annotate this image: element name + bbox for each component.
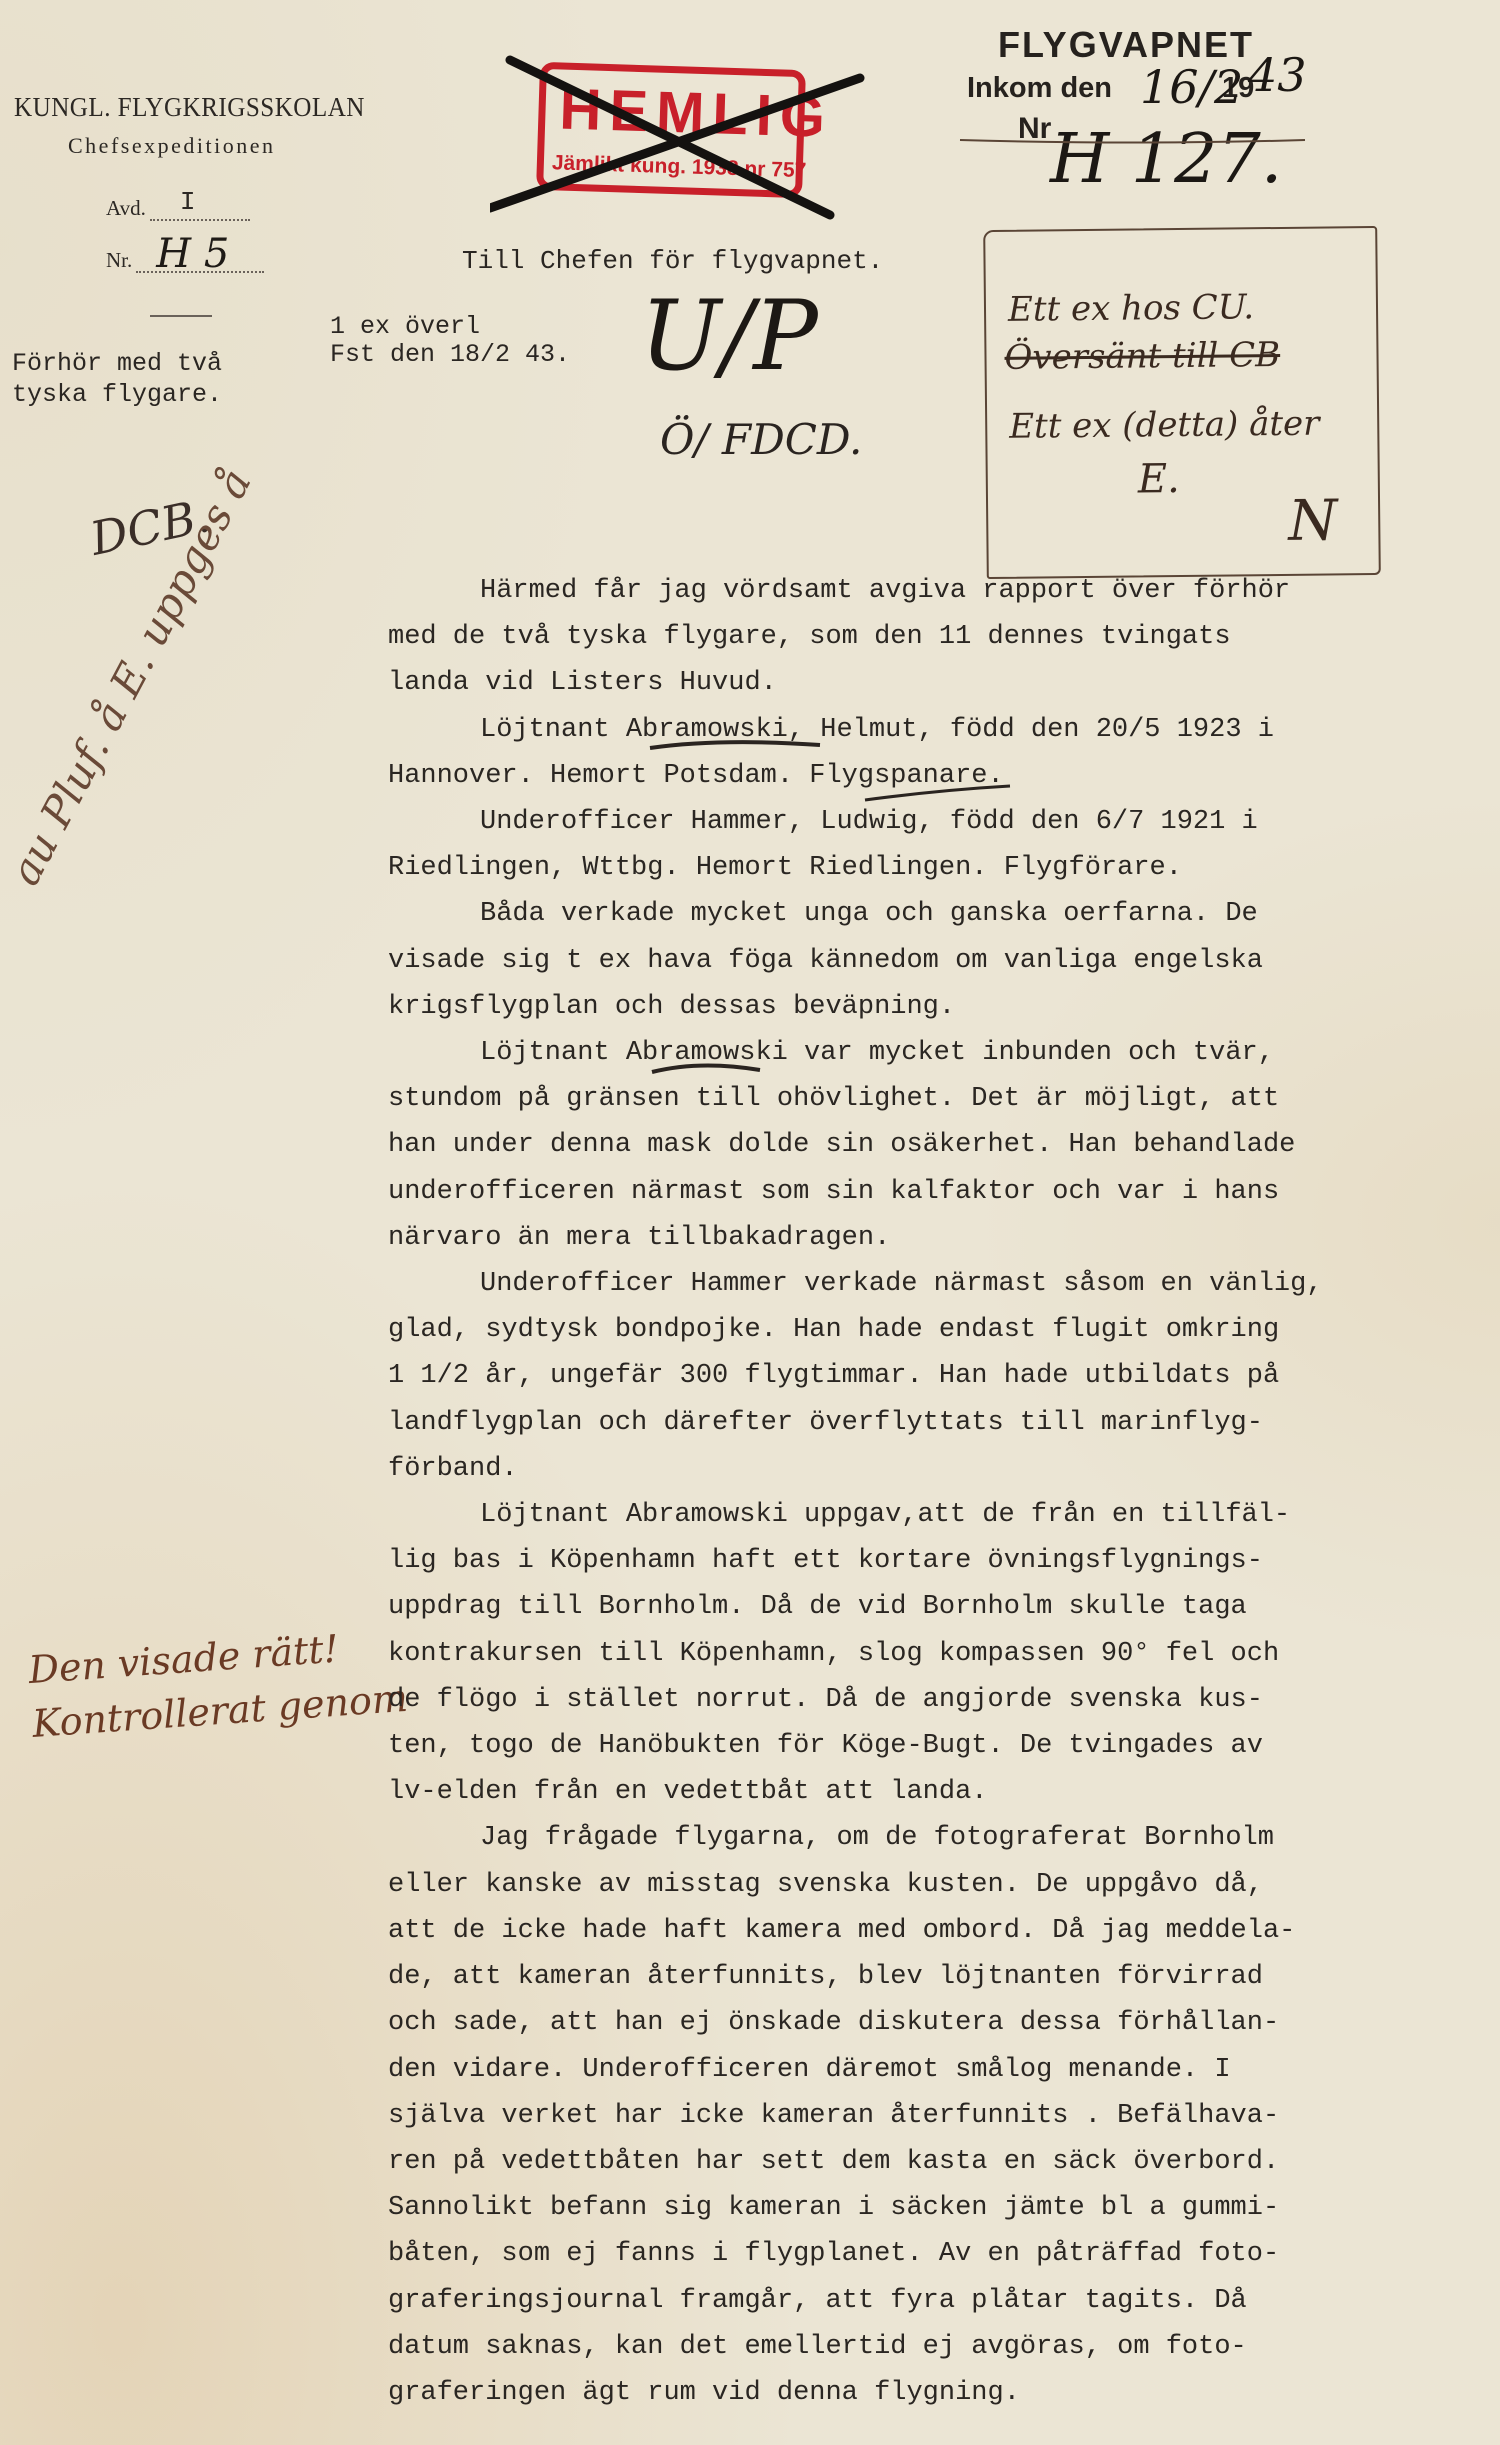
paragraph-2: Löjtnant Abramowski, Helmut, född den 20… [388, 707, 1418, 799]
body-line: datum saknas, kan det emellertid ej avgö… [388, 2324, 1418, 2370]
nr-dotted-line: H 5 [136, 245, 264, 273]
copy-note: 1 ex överl Fst den 18/2 43. [330, 313, 570, 369]
body-line: den vidare. Underofficeren däremot smålo… [388, 2047, 1418, 2093]
body-line: själva verket har icke kameran återfunni… [388, 2093, 1418, 2139]
body-line: lv-elden från en vedettbåt att landa. [388, 1769, 1418, 1815]
body-line: Löjtnant Abramowski var mycket inbunden … [388, 1030, 1418, 1076]
body-line: och sade, att han ej önskade diskutera d… [388, 2000, 1418, 2046]
paragraph-5: Löjtnant Abramowski var mycket inbunden … [388, 1030, 1418, 1261]
body-line: underofficeren närmast som sin kalfaktor… [388, 1169, 1418, 1215]
body-line: förband. [388, 1446, 1418, 1492]
nr-field: Nr. H 5 [106, 245, 264, 273]
note-line-3: Ett ex (detta) åter [1009, 404, 1320, 447]
body-line: att de icke hade haft kamera med ombord.… [388, 1908, 1418, 1954]
paragraph-4: Båda verkade mycket unga och ganska oerf… [388, 891, 1418, 1030]
copy-note-line-1: 1 ex överl [330, 313, 570, 341]
paragraph-1: Härmed får jag vördsamt avgiva rapport ö… [388, 568, 1418, 707]
subject-line-1: Förhör med två [12, 348, 222, 379]
body-line: lig bas i Köpenhamn haft ett kortare övn… [388, 1538, 1418, 1584]
organization-name: KUNGL. FLYGKRIGSSKOLAN [14, 92, 365, 123]
body-line: ren på vedettbåten har sett dem kasta en… [388, 2139, 1418, 2185]
body-line: landflygplan och därefter överflyttats t… [388, 1400, 1418, 1446]
handwritten-up-sub: Ö/ FDCD. [660, 415, 862, 464]
nr-value: H 5 [156, 231, 229, 277]
body-line: stundom på gränsen till ohövlighet. Det … [388, 1076, 1418, 1122]
subject-heading: Förhör med två tyska flygare. [12, 348, 222, 410]
body-line: Löjtnant Abramowski uppgav,att de från e… [388, 1492, 1418, 1538]
body-line: båten, som ej fanns i flygplanet. Av en … [388, 2231, 1418, 2277]
body-line: Sannolikt befann sig kameran i säcken jä… [388, 2185, 1418, 2231]
body-line: graferingsjournal framgår, att fyra plåt… [388, 2278, 1418, 2324]
avd-value: I [180, 187, 196, 217]
body-line: 1 1/2 år, ungefär 300 flygtimmar. Han ha… [388, 1353, 1418, 1399]
avd-label: Avd. [106, 196, 146, 221]
body-line: de, att kameran återfunnits, blev löjtna… [388, 1954, 1418, 2000]
body-line: landa vid Listers Huvud. [388, 660, 1418, 706]
nr-label: Nr. [106, 248, 132, 273]
body-line: de flögo i stället norrut. Då de angjord… [388, 1677, 1418, 1723]
body-line: Hannover. Hemort Potsdam. Flygspanare. [388, 753, 1418, 799]
body-line: eller kanske av misstag svenska kusten. … [388, 1862, 1418, 1908]
subject-line-2: tyska flygare. [12, 379, 222, 410]
avd-field: Avd. I [106, 193, 250, 221]
body-line: Underofficer Hammer verkade närmast såso… [388, 1261, 1418, 1307]
received-year-handwritten: 43 [1248, 48, 1307, 102]
paragraph-3: Underofficer Hammer, Ludwig, född den 6/… [388, 799, 1418, 891]
department-name: Chefsexpeditionen [68, 133, 275, 159]
handwritten-up-mark: U/P [640, 280, 818, 392]
paragraph-6: Underofficer Hammer verkade närmast såso… [388, 1261, 1418, 1492]
letterhead-divider [150, 315, 212, 317]
handwritten-note-box: Ett ex hos CU. Översänt till CB Ett ex (… [983, 226, 1381, 579]
avd-dotted-line: I [150, 193, 250, 221]
copy-note-line-2: Fst den 18/2 43. [330, 341, 570, 369]
received-nr-handwritten: H 127. [1050, 120, 1282, 199]
body-line: ten, togo de Hanöbukten för Köge-Bugt. D… [388, 1723, 1418, 1769]
note-signature: N [1288, 488, 1338, 554]
body-line: Underofficer Hammer, Ludwig, född den 6/… [388, 799, 1418, 845]
body-line: Härmed får jag vördsamt avgiva rapport ö… [388, 568, 1418, 614]
margin-note-bottom: Den visade rätt! Kontrollerat genom [27, 1617, 410, 1751]
body-line: glad, sydtysk bondpojke. Han hade endast… [388, 1307, 1418, 1353]
body-line: Jag frågade flygarna, om de fotograferat… [388, 1815, 1418, 1861]
body-line: graferingen ägt rum vid denna flygning. [388, 2370, 1418, 2416]
body-line: Löjtnant Abramowski, Helmut, född den 20… [388, 707, 1418, 753]
addressee-line: Till Chefen för flygvapnet. [462, 246, 883, 276]
body-line: med de två tyska flygare, som den 11 den… [388, 614, 1418, 660]
paragraph-7: Löjtnant Abramowski uppgav,att de från e… [388, 1492, 1418, 1815]
body-line: uppdrag till Bornholm. Då de vid Bornhol… [388, 1584, 1418, 1630]
paragraph-8: Jag frågade flygarna, om de fotograferat… [388, 1815, 1418, 2416]
received-date-handwritten: 16/2 [1140, 60, 1243, 114]
note-line-2: Översänt till CB [1004, 335, 1280, 378]
body-line: visade sig t ex hava föga kännedom om va… [388, 938, 1418, 984]
report-body: Härmed får jag vördsamt avgiva rapport ö… [388, 568, 1418, 2416]
inkom-label: Inkom den [967, 72, 1112, 104]
body-line: kontrakursen till Köpenhamn, slog kompas… [388, 1631, 1418, 1677]
body-line: Båda verkade mycket unga och ganska oerf… [388, 891, 1418, 937]
note-line-1: Ett ex hos CU. [1008, 287, 1254, 330]
cross-out-icon [490, 30, 870, 220]
body-line: krigsflygplan och dessas beväpning. [388, 984, 1418, 1030]
body-line: Riedlingen, Wttbg. Hemort Riedlingen. Fl… [388, 845, 1418, 891]
received-nr-label: Nr [1018, 112, 1051, 146]
body-line: han under denna mask dolde sin osäkerhet… [388, 1122, 1418, 1168]
body-line: närvaro än mera tillbakadragen. [388, 1215, 1418, 1261]
note-line-4: E. [1138, 456, 1180, 502]
